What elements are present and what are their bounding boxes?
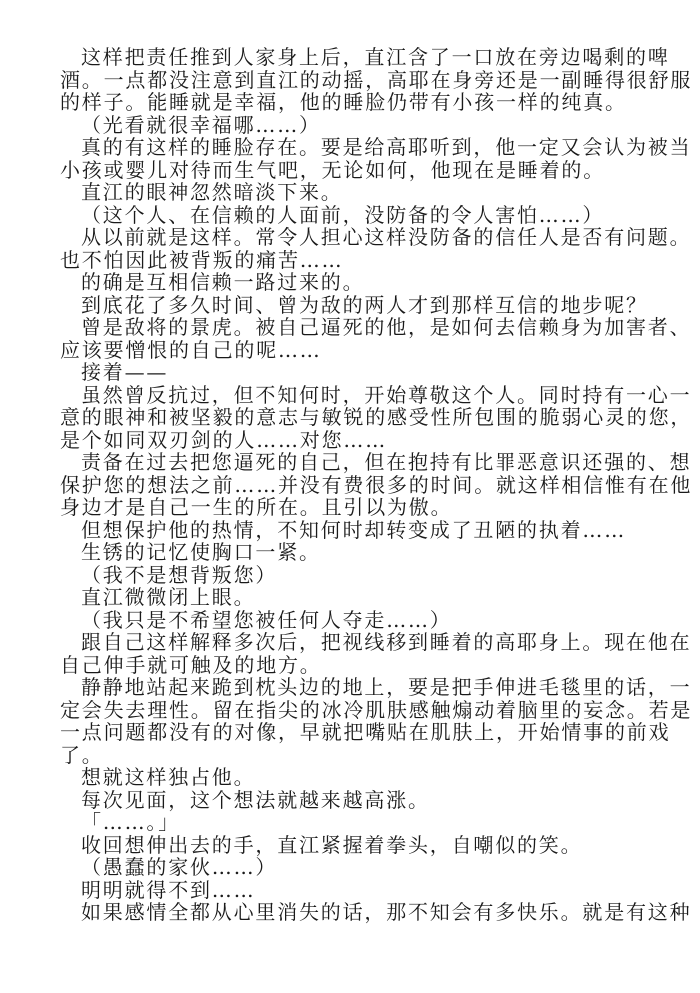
- text-line: （我只是不希望您被任何人夺走……）: [60, 609, 640, 632]
- text-line: 但想保护他的热情，不知何时却转变成了丑陋的执着……: [60, 519, 640, 542]
- text-line: 酒。一点都没注意到直江的动摇，高耶在身旁还是一副睡得很舒服: [60, 69, 640, 92]
- text-line: 自己伸手就可触及的地方。: [60, 654, 640, 677]
- text-line: 生锈的记忆使胸口一紧。: [60, 541, 640, 564]
- text-line: 到底花了多久时间、曾为敌的两人才到那样互信的地步呢？: [60, 294, 640, 317]
- text-line: 从以前就是这样。常令人担心这样没防备的信任人是否有问题。: [60, 226, 640, 249]
- text-line: 这样把责任推到人家身上后，直江含了一口放在旁边喝剩的啤: [60, 46, 640, 69]
- document-page: 这样把责任推到人家身上后，直江含了一口放在旁边喝剩的啤 酒。一点都没注意到直江的…: [0, 0, 700, 993]
- text-line: 曾是敌将的景虎。被自己逼死的他，是如何去信赖身为加害者、: [60, 316, 640, 339]
- text-line: 的确是互相信赖一路过来的。: [60, 271, 640, 294]
- text-line: 意的眼神和被坚毅的意志与敏锐的感受性所包围的脆弱心灵的您，: [60, 406, 640, 429]
- text-line: 的样子。能睡就是幸福，他的睡脸仍带有小孩一样的纯真。: [60, 91, 640, 114]
- text-line: 想就这样独占他。: [60, 766, 640, 789]
- text-line: 保护您的想法之前……并没有费很多的时间。就这样相信惟有在他: [60, 474, 640, 497]
- text-line: 身边才是自己一生的所在。且引以为傲。: [60, 496, 640, 519]
- text-line: （光看就很幸福哪……）: [60, 114, 640, 137]
- text-line: 定会失去理性。留在指尖的冰冷肌肤感触煽动着脑里的妄念。若是: [60, 699, 640, 722]
- text-line: 直江微微闭上眼。: [60, 586, 640, 609]
- document-body: 这样把责任推到人家身上后，直江含了一口放在旁边喝剩的啤 酒。一点都没注意到直江的…: [60, 46, 640, 924]
- text-line: 接着——: [60, 361, 640, 384]
- text-line: 每次见面，这个想法就越来越高涨。: [60, 789, 640, 812]
- text-line: 静静地站起来跪到枕头边的地上，要是把手伸进毛毯里的话，一: [60, 676, 640, 699]
- text-line: 一点问题都没有的对像，早就把嘴贴在肌肤上，开始情事的前戏: [60, 721, 640, 744]
- text-line: （愚蠢的家伙……）: [60, 856, 640, 879]
- text-line: 直江的眼神忽然暗淡下来。: [60, 181, 640, 204]
- text-line: 责备在过去把您逼死的自己，但在抱持有比罪恶意识还强的、想: [60, 451, 640, 474]
- text-line: 是个如同双刃剑的人……对您……: [60, 429, 640, 452]
- text-line: 明明就得不到……: [60, 879, 640, 902]
- text-line: 小孩或婴儿对待而生气吧，无论如何，他现在是睡着的。: [60, 159, 640, 182]
- text-line: 虽然曾反抗过，但不知何时，开始尊敬这个人。同时持有一心一: [60, 384, 640, 407]
- text-line: 了。: [60, 744, 640, 767]
- text-line: 如果感情全都从心里消失的话，那不知会有多快乐。就是有这种: [60, 901, 640, 924]
- text-line: （我不是想背叛您）: [60, 564, 640, 587]
- text-line: 应该要憎恨的自己的呢……: [60, 339, 640, 362]
- text-line: 跟自己这样解释多次后，把视线移到睡着的高耶身上。现在他在: [60, 631, 640, 654]
- text-line: 也不怕因此被背叛的痛苦……: [60, 249, 640, 272]
- text-line: 收回想伸出去的手，直江紧握着拳头，自嘲似的笑。: [60, 834, 640, 857]
- text-line: 真的有这样的睡脸存在。要是给高耶听到，他一定又会认为被当: [60, 136, 640, 159]
- text-line: 「……。」: [60, 811, 640, 834]
- text-line: （这个人、在信赖的人面前，没防备的令人害怕……）: [60, 204, 640, 227]
